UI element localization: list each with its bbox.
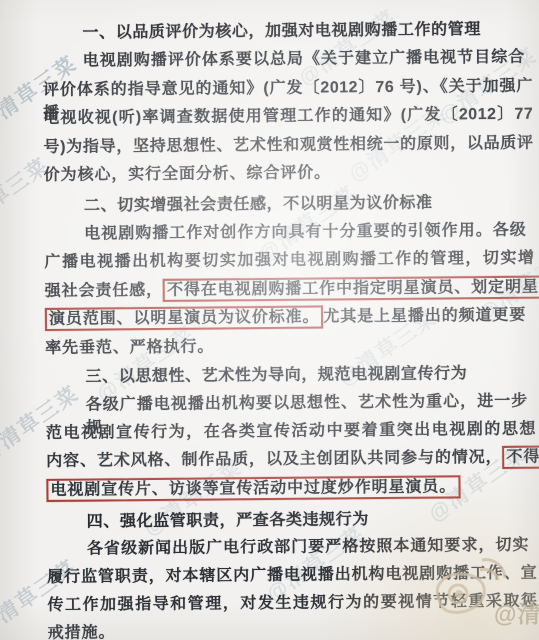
heading-text: 一、以品质评价为核心，加强对电视剧购播工作的管理 bbox=[82, 21, 481, 41]
highlight-box: 不得在 bbox=[502, 445, 539, 469]
heading-text: 二、切实增强社会责任感，不以明星为议价标准 bbox=[84, 195, 433, 215]
line-text: 尤其是上星播出的频道更要 bbox=[323, 307, 526, 326]
doc-line: 范电视剧宣传行为，在各类宣传活动中要着重突出电视剧的思想 bbox=[46, 416, 536, 443]
doc-line: 传工作加强指导和管理，对发生违规行为的要视情节轻重采取惩 bbox=[47, 588, 537, 615]
heading-text: 三、以思想性、艺术性为导向，规范电视剧宣传行为 bbox=[85, 365, 467, 385]
doc-line: 广播电视播出机构要切实加强对电视剧购播工作的管理，切实增 bbox=[44, 245, 534, 272]
doc-line: 电视剧购播评价体系要以总局《关于建立广播电视节目综合 bbox=[83, 44, 525, 71]
section-heading-4: 四、强化监管职责，严查各类违规行为 bbox=[87, 506, 369, 531]
section-heading-2: 二、切实增强社会责任感，不以明星为议价标准 bbox=[84, 190, 433, 216]
doc-line-annotated: 演员范围、以明星演员为议价标准。尤其是上星播出的频道更要 bbox=[45, 302, 526, 329]
corner-watermark-handle: @清草 bbox=[494, 596, 539, 629]
line-text: 率先垂范、严格执行。 bbox=[45, 338, 214, 356]
line-text: 电视剧购播评价体系要以总局《关于建立广播电视节目综合 bbox=[83, 49, 525, 70]
doc-line: 号)为指导，坚持思想性、艺术性和观赏性相统一的原则，以品质评 bbox=[43, 130, 533, 157]
doc-line: 履行监管职责，对本辖区内广播电视播出机构电视剧购播工作、宣 bbox=[47, 560, 537, 587]
doc-line: 戒措施。 bbox=[48, 619, 116, 640]
section-heading-1: 一、以品质评价为核心，加强对电视剧购播工作的管理 bbox=[82, 16, 481, 42]
doc-line: 价为核心，实行全面分析、综合评价。 bbox=[44, 159, 332, 185]
doc-line: 各省级新闻出版广电行政部门要严格按照本通知要求，切实 bbox=[87, 532, 529, 559]
line-text: 内容、艺术风格、制作品质，以及主创团队共同参与的情况， bbox=[46, 449, 502, 470]
doc-line: 电视收视(听)率调查数据使用管理工作的通知》(广发〔2012〕77 bbox=[43, 101, 533, 128]
doc-line: 率先垂范、严格执行。 bbox=[45, 333, 214, 357]
line-text: 戒措施。 bbox=[48, 624, 116, 640]
line-text: 价为核心，实行全面分析、综合评价。 bbox=[44, 164, 331, 184]
line-text: 电视剧购播工作对创作方向具有十分重要的引领作用。各级 bbox=[84, 222, 526, 243]
line-text: 传工作加强指导和管理，对发生违规行为的要视情节轻重采取惩 bbox=[47, 593, 537, 614]
line-text: 广播电视播出机构要切实加强对电视剧购播工作的管理，切实增 bbox=[44, 250, 534, 271]
highlight-box: 电视剧宣传片、访谈等宣传活动中过度炒作明星演员。 bbox=[46, 475, 460, 502]
doc-line-annotated: 内容、艺术风格、制作品质，以及主创团队共同参与的情况，不得在 bbox=[46, 443, 539, 470]
line-text: 履行监管职责，对本辖区内广播电视播出机构电视剧购播工作、宣 bbox=[47, 565, 537, 586]
section-heading-3: 三、以思想性、艺术性为导向，规范电视剧宣传行为 bbox=[85, 360, 467, 386]
heading-text: 四、强化监管职责，严查各类违规行为 bbox=[87, 511, 369, 530]
line-text: 范电视剧宣传行为，在各类宣传活动中要着重突出电视剧的思想 bbox=[46, 421, 536, 442]
highlight-box: 演员范围、以明星演员为议价标准。 bbox=[45, 306, 324, 331]
line-text: 各省级新闻出版广电行政部门要严格按照本通知要求，切实 bbox=[87, 537, 529, 558]
highlight-box: 不得在电视剧购播工作中指定明星演员、划定明星 bbox=[163, 276, 539, 302]
line-text: 强社会责任感， bbox=[45, 282, 163, 300]
doc-line-annotated: 强社会责任感，不得在电视剧购播工作中指定明星演员、划定明星 bbox=[45, 274, 539, 301]
doc-line-annotated: 电视剧宣传片、访谈等宣传活动中过度炒作明星演员。 bbox=[46, 473, 460, 500]
document-page: 一、以品质评价为核心，加强对电视剧购播工作的管理 电视剧购播评价体系要以总局《关… bbox=[0, 0, 539, 640]
doc-line: 电视剧购播工作对创作方向具有十分重要的引领作用。各级 bbox=[84, 217, 526, 244]
line-text: 号)为指导，坚持思想性、艺术性和观赏性相统一的原则，以品质评 bbox=[43, 135, 533, 156]
line-text: 电视收视(听)率调查数据使用管理工作的通知》(广发〔2012〕77 bbox=[43, 106, 533, 127]
